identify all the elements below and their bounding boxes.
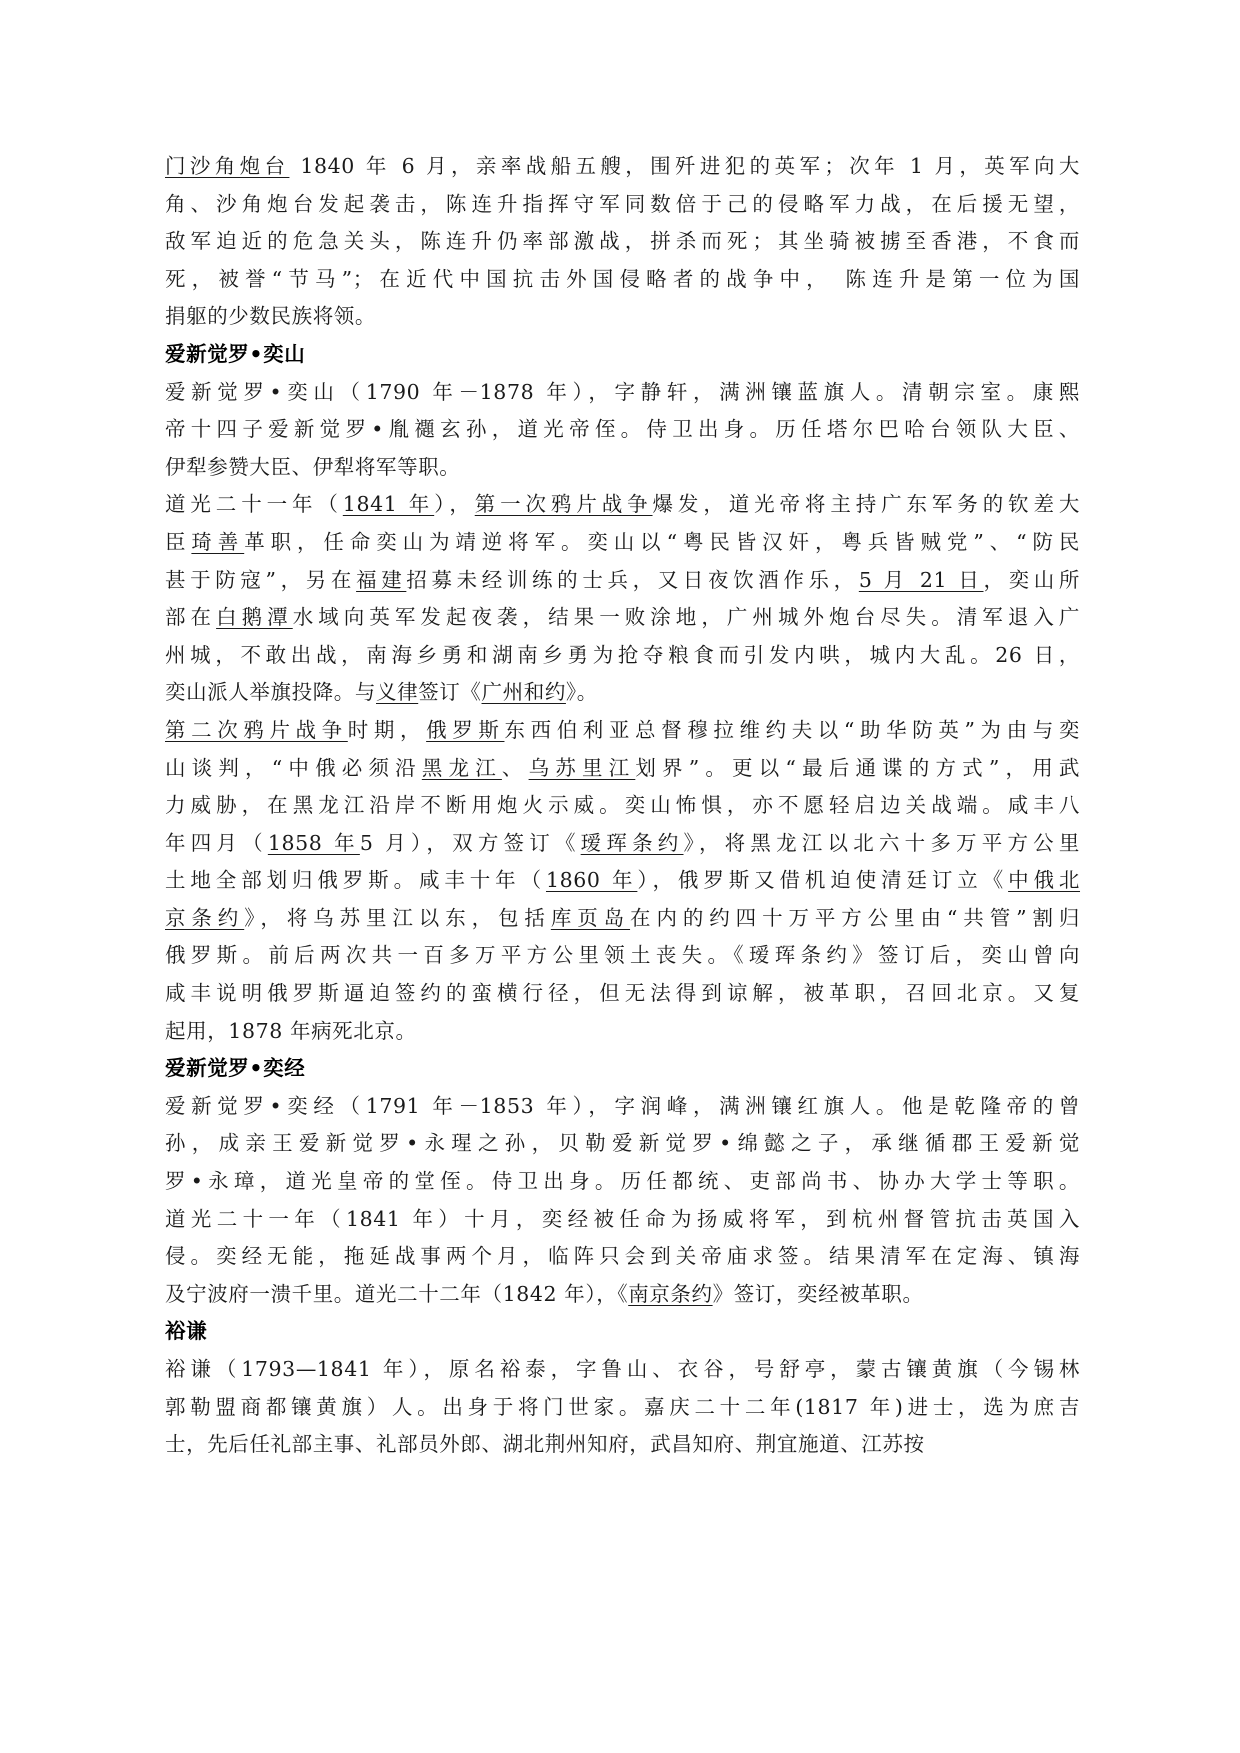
paragraph: 门沙角炮台 1840 年 6 月，亲率战船五艘，围歼进犯的英军；次年 1 月，英… xyxy=(165,148,1080,336)
text-run: 》，将乌苏里江以东，包括 xyxy=(244,906,551,930)
text-run: 爱新觉罗•奕山 xyxy=(165,342,305,366)
text-run: 爱新觉罗•奕经 xyxy=(165,1056,305,1080)
text-run: 5 月），双方签订《 xyxy=(360,831,581,855)
hyperlink[interactable]: 南京条约 xyxy=(628,1282,712,1306)
hyperlink[interactable]: 第一次鸦片战争 xyxy=(475,492,653,516)
hyperlink[interactable]: 中俄北 xyxy=(1008,868,1080,892)
text-run: ，奕山所 xyxy=(984,568,1081,592)
text-run: 、 xyxy=(502,756,529,780)
section-heading: 裕谦 xyxy=(165,1313,1080,1351)
text-run: 罗•永璋，道光皇帝的堂侄。侍卫出身。历任都统、吏部尚书、协办大学士等职。 xyxy=(165,1169,1080,1193)
text-run: 道光二十一年（1841 年）十月，奕经被任命为扬威将军，到杭州督管抗击英国入 xyxy=(165,1207,1080,1231)
hyperlink[interactable]: 广州和约 xyxy=(482,680,566,704)
text-line: 咸丰说明俄罗斯逼迫签约的蛮横行径，但无法得到谅解，被革职，召回北京。又复 xyxy=(165,975,1080,1013)
text-run: 部在 xyxy=(165,605,216,629)
text-line: 敌军迫近的危急关头，陈连升仍率部激战，拼杀而死；其坐骑被掳至香港，不食而 xyxy=(165,223,1080,261)
text-line: 奕山派人举旗投降。与义律签订《广州和约》。 xyxy=(165,674,1080,712)
text-run: 州城，不敢出战，南海乡勇和湖南乡勇为抢夺粮食而引发内哄，城内大乱。26 日， xyxy=(165,643,1080,667)
text-line: 角、沙角炮台发起袭击，陈连升指挥守军同数倍于己的侵略军力战，在后援无望， xyxy=(165,186,1080,224)
text-run: 敌军迫近的危急关头，陈连升仍率部激战，拼杀而死；其坐骑被掳至香港，不食而 xyxy=(165,229,1080,253)
heading-text: 爱新觉罗•奕山 xyxy=(165,336,1080,374)
text-run: 水域向英军发起夜袭，结果一败涂地，广州城外炮台尽失。清军退入广 xyxy=(293,605,1080,629)
hyperlink[interactable]: 福建 xyxy=(356,568,406,592)
document-page: 门沙角炮台 1840 年 6 月，亲率战船五艘，围歼进犯的英军；次年 1 月，英… xyxy=(165,148,1080,1464)
text-line: 及宁波府一溃千里。道光二十二年（1842 年），《南京条约》签订，奕经被革职。 xyxy=(165,1276,1080,1314)
text-run: 臣 xyxy=(165,530,191,554)
text-run: 1840 年 6 月，亲率战船五艘，围歼进犯的英军；次年 1 月，英军向大 xyxy=(289,154,1080,178)
paragraph: 爱新觉罗•奕经（1791 年－1853 年），字润峰，满洲镶红旗人。他是乾隆帝的… xyxy=(165,1088,1080,1314)
text-run: 帝十四子爱新觉罗•胤禵玄孙，道光帝侄。侍卫出身。历任塔尔巴哈台领队大臣、 xyxy=(165,417,1080,441)
text-line: 郭勒盟商都镶黄旗）人。出身于将门世家。嘉庆二十二年(1817 年)进士，选为庶吉 xyxy=(165,1389,1080,1427)
text-run: 时期， xyxy=(348,718,426,742)
paragraph: 第二次鸦片战争时期，俄罗斯东西伯利亚总督穆拉维约夫以“助华防英”为由与奕山谈判，… xyxy=(165,712,1080,1050)
text-run: 山谈判，“中俄必须沿 xyxy=(165,756,422,780)
hyperlink[interactable]: 1858 年 xyxy=(268,831,360,855)
text-line: 帝十四子爱新觉罗•胤禵玄孙，道光帝侄。侍卫出身。历任塔尔巴哈台领队大臣、 xyxy=(165,411,1080,449)
text-run: 划界”。更以“最后通谍的方式”，用武 xyxy=(635,756,1080,780)
text-run: 起用，1878 年病死北京。 xyxy=(165,1019,417,1043)
text-run: 东西伯利亚总督穆拉维约夫以“助华防英”为由与奕 xyxy=(504,718,1080,742)
hyperlink[interactable]: 琦善 xyxy=(191,530,244,554)
text-line: 侵。奕经无能，拖延战事两个月，临阵只会到关帝庙求签。结果清军在定海、镇海 xyxy=(165,1238,1080,1276)
text-run: 侵。奕经无能，拖延战事两个月，临阵只会到关帝庙求签。结果清军在定海、镇海 xyxy=(165,1244,1080,1268)
hyperlink[interactable]: 第二次鸦片战争 xyxy=(165,718,348,742)
text-run: 郭勒盟商都镶黄旗）人。出身于将门世家。嘉庆二十二年(1817 年)进士，选为庶吉 xyxy=(165,1395,1080,1419)
text-run: ）， xyxy=(434,492,475,516)
text-line: 臣琦善革职，任命奕山为靖逆将军。奕山以“粤民皆汉奸，粤兵皆贼党”、“防民 xyxy=(165,524,1080,562)
text-line: 捐躯的少数民族将领。 xyxy=(165,298,1080,336)
hyperlink[interactable]: 俄罗斯 xyxy=(426,718,504,742)
text-run: 甚于防寇”，另在 xyxy=(165,568,356,592)
text-run: 伊犁参赞大臣、伊犁将军等职。 xyxy=(165,455,460,479)
text-line: 土地全部划归俄罗斯。咸丰十年（1860 年），俄罗斯又借机迫使清廷订立《中俄北 xyxy=(165,862,1080,900)
text-line: 力威胁，在黑龙江沿岸不断用炮火示威。奕山怖惧，亦不愿轻启边关战端。咸丰八 xyxy=(165,787,1080,825)
text-run: 咸丰说明俄罗斯逼迫签约的蛮横行径，但无法得到谅解，被革职，召回北京。又复 xyxy=(165,981,1080,1005)
text-run: 》签订，奕经被革职。 xyxy=(713,1282,924,1306)
paragraph: 裕谦（1793—1841 年），原名裕泰，字鲁山、衣谷，号舒亭，蒙古镶黄旗（今锡… xyxy=(165,1351,1080,1464)
section-heading: 爱新觉罗•奕经 xyxy=(165,1050,1080,1088)
text-run: 革职，任命奕山为靖逆将军。奕山以“粤民皆汉奸，粤兵皆贼党”、“防民 xyxy=(244,530,1080,554)
text-run: 俄罗斯。前后两次共一百多万平方公里领土丧失。《瑷珲条约》签订后，奕山曾向 xyxy=(165,943,1080,967)
text-line: 爱新觉罗•奕经（1791 年－1853 年），字润峰，满洲镶红旗人。他是乾隆帝的… xyxy=(165,1088,1080,1126)
text-line: 门沙角炮台 1840 年 6 月，亲率战船五艘，围歼进犯的英军；次年 1 月，英… xyxy=(165,148,1080,186)
text-line: 道光二十一年（1841 年），第一次鸦片战争爆发，道光帝将主持广东军务的钦差大 xyxy=(165,486,1080,524)
text-run: 在内的约四十万平方公里由“共管”割归 xyxy=(630,906,1080,930)
hyperlink[interactable]: 瑷珲条约 xyxy=(581,831,684,855)
heading-text: 裕谦 xyxy=(165,1313,1080,1351)
hyperlink[interactable]: 库页岛 xyxy=(551,906,630,930)
text-run: 及宁波府一溃千里。道光二十二年（1842 年），《 xyxy=(165,1282,628,1306)
text-line: 死，被誉“节马”；在近代中国抗击外国侵略者的战争中， 陈连升是第一位为国 xyxy=(165,261,1080,299)
text-line: 部在白鹅潭水域向英军发起夜袭，结果一败涂地，广州城外炮台尽失。清军退入广 xyxy=(165,599,1080,637)
text-line: 年四月（1858 年5 月），双方签订《瑷珲条约》，将黑龙江以北六十多万平方公里 xyxy=(165,825,1080,863)
text-line: 甚于防寇”，另在福建招募未经训练的士兵，又日夜饮酒作乐，5 月 21 日，奕山所 xyxy=(165,562,1080,600)
text-run: ），俄罗斯又借机迫使清廷订立《 xyxy=(637,868,1008,892)
text-line: 裕谦（1793—1841 年），原名裕泰，字鲁山、衣谷，号舒亭，蒙古镶黄旗（今锡… xyxy=(165,1351,1080,1389)
text-line: 第二次鸦片战争时期，俄罗斯东西伯利亚总督穆拉维约夫以“助华防英”为由与奕 xyxy=(165,712,1080,750)
text-run: 年四月（ xyxy=(165,831,268,855)
text-run: 奕山派人举旗投降。与 xyxy=(165,680,376,704)
hyperlink[interactable]: 黑龙江 xyxy=(422,756,502,780)
text-line: 俄罗斯。前后两次共一百多万平方公里领土丧失。《瑷珲条约》签订后，奕山曾向 xyxy=(165,937,1080,975)
text-run: 》，将黑龙江以北六十多万平方公里 xyxy=(684,831,1081,855)
hyperlink[interactable]: 5 月 21 日 xyxy=(859,568,984,592)
text-line: 道光二十一年（1841 年）十月，奕经被任命为扬威将军，到杭州督管抗击英国入 xyxy=(165,1201,1080,1239)
hyperlink[interactable]: 门沙角炮台 xyxy=(165,154,289,178)
text-run: 爆发，道光帝将主持广东军务的钦差大 xyxy=(653,492,1080,516)
hyperlink[interactable]: 义律 xyxy=(376,680,418,704)
text-run: 爱新觉罗•奕经（1791 年－1853 年），字润峰，满洲镶红旗人。他是乾隆帝的… xyxy=(165,1094,1080,1118)
text-line: 士，先后任礼部主事、礼部员外郎、湖北荆州知府，武昌知府、荆宜施道、江苏按 xyxy=(165,1426,1080,1464)
hyperlink[interactable]: 1860 年 xyxy=(546,868,637,892)
text-line: 爱新觉罗•奕山（1790 年－1878 年），字静轩，满洲镶蓝旗人。清朝宗室。康… xyxy=(165,374,1080,412)
text-run: 死，被誉“节马”；在近代中国抗击外国侵略者的战争中， 陈连升是第一位为国 xyxy=(165,267,1080,291)
text-run: 爱新觉罗•奕山（1790 年－1878 年），字静轩，满洲镶蓝旗人。清朝宗室。康… xyxy=(165,380,1080,404)
hyperlink[interactable]: 白鹅潭 xyxy=(216,605,293,629)
text-line: 京条约》，将乌苏里江以东，包括库页岛在内的约四十万平方公里由“共管”割归 xyxy=(165,900,1080,938)
section-heading: 爱新觉罗•奕山 xyxy=(165,336,1080,374)
text-run: 士，先后任礼部主事、礼部员外郎、湖北荆州知府，武昌知府、荆宜施道、江苏按 xyxy=(165,1432,925,1456)
heading-text: 爱新觉罗•奕经 xyxy=(165,1050,1080,1088)
hyperlink[interactable]: 京条约 xyxy=(165,906,244,930)
text-line: 孙，成亲王爱新觉罗•永瑆之孙，贝勒爱新觉罗•绵懿之子，承继循郡王爱新觉 xyxy=(165,1125,1080,1163)
text-line: 州城，不敢出战，南海乡勇和湖南乡勇为抢夺粮食而引发内哄，城内大乱。26 日， xyxy=(165,637,1080,675)
text-run: 捐躯的少数民族将领。 xyxy=(165,304,376,328)
text-run: 力威胁，在黑龙江沿岸不断用炮火示威。奕山怖惧，亦不愿轻启边关战端。咸丰八 xyxy=(165,793,1080,817)
text-run: 孙，成亲王爱新觉罗•永瑆之孙，贝勒爱新觉罗•绵懿之子，承继循郡王爱新觉 xyxy=(165,1131,1080,1155)
text-line: 罗•永璋，道光皇帝的堂侄。侍卫出身。历任都统、吏部尚书、协办大学士等职。 xyxy=(165,1163,1080,1201)
text-run: 裕谦（1793—1841 年），原名裕泰，字鲁山、衣谷，号舒亭，蒙古镶黄旗（今锡… xyxy=(165,1357,1080,1381)
hyperlink[interactable]: 乌苏里江 xyxy=(529,756,636,780)
text-run: 招募未经训练的士兵，又日夜饮酒作乐， xyxy=(406,568,858,592)
text-line: 山谈判，“中俄必须沿黑龙江、乌苏里江划界”。更以“最后通谍的方式”，用武 xyxy=(165,750,1080,788)
text-run: 裕谦 xyxy=(165,1319,207,1343)
text-run: 土地全部划归俄罗斯。咸丰十年（ xyxy=(165,868,546,892)
hyperlink[interactable]: 1841 年 xyxy=(343,492,434,516)
paragraph: 道光二十一年（1841 年），第一次鸦片战争爆发，道光帝将主持广东军务的钦差大臣… xyxy=(165,486,1080,712)
paragraph: 爱新觉罗•奕山（1790 年－1878 年），字静轩，满洲镶蓝旗人。清朝宗室。康… xyxy=(165,374,1080,487)
text-line: 伊犁参赞大臣、伊犁将军等职。 xyxy=(165,449,1080,487)
text-line: 起用，1878 年病死北京。 xyxy=(165,1013,1080,1051)
text-run: 角、沙角炮台发起袭击，陈连升指挥守军同数倍于己的侵略军力战，在后援无望， xyxy=(165,192,1080,216)
text-run: 道光二十一年（ xyxy=(165,492,343,516)
text-run: 签订《 xyxy=(418,680,481,704)
text-run: 》。 xyxy=(566,680,598,704)
